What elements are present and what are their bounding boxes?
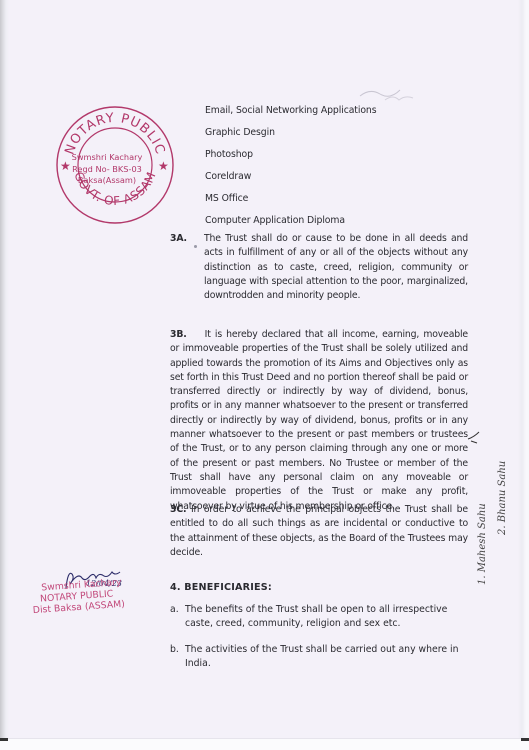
page-bottom-edge [0,738,529,750]
clause-3b: 3B.It is hereby declared that all income… [170,328,468,514]
seal-ring-top: NOTARY PUBLIC [62,111,167,157]
section-heading-beneficiaries: 4. BENEFICIARIES: [170,582,272,593]
seal-location: Baksa(Assam) [57,175,157,187]
handwritten-bracket [467,429,481,445]
clause-text: In order to achieve the principal object… [170,504,468,558]
list-item: Email, Social Networking Applications [205,100,376,122]
svg-text:NOTARY PUBLIC: NOTARY PUBLIC [62,111,167,157]
list-item: Photoshop [205,144,376,166]
ink-dot [194,245,197,248]
beneficiary-item: b. The activities of the Trust shall be … [170,643,470,671]
clause-3a: 3A. The Trust shall do or cause to be do… [170,232,468,303]
beneficiary-item: a. The benefits of the Trust shall be op… [170,603,470,631]
seal-regd-no: Regd No- BKS-03 [57,164,157,176]
seal-name: Swmshri Kachary [57,152,157,164]
clause-label: 3B. [170,329,187,340]
clause-text: It is hereby declared that all income, e… [170,329,468,512]
seal-inner-text: Swmshri Kachary Regd No- BKS-03 Baksa(As… [57,152,157,187]
scan-edge-mark [0,738,8,741]
margin-signature-1: 1. Mahesh Sahu [477,503,488,585]
notary-stamp: Swmshri Kachary NOTARY PUBLIC Dist Baksa… [29,577,125,616]
list-item: Coreldraw [205,166,376,188]
clause-text: The Trust shall do or cause to be done i… [204,232,468,303]
scan-edge-mark [521,738,529,741]
clause-label: 3C. [170,504,186,515]
item-text: The benefits of the Trust shall be open … [185,603,470,631]
clause-3c: 3C. In order to achieve the principal ob… [170,503,468,560]
software-list: Email, Social Networking Applications Gr… [205,100,376,232]
item-marker: a. [170,603,179,617]
list-item: Graphic Desgin [205,122,376,144]
star-icon: ★ [158,159,169,173]
list-item: Computer Application Diploma [205,210,376,232]
item-marker: b. [170,643,179,657]
list-item: MS Office [205,188,376,210]
clause-label: 3A. [170,232,187,246]
margin-signature-2: 2. Bhanu Sahu [497,461,508,535]
item-text: The activities of the Trust shall be car… [185,643,470,671]
